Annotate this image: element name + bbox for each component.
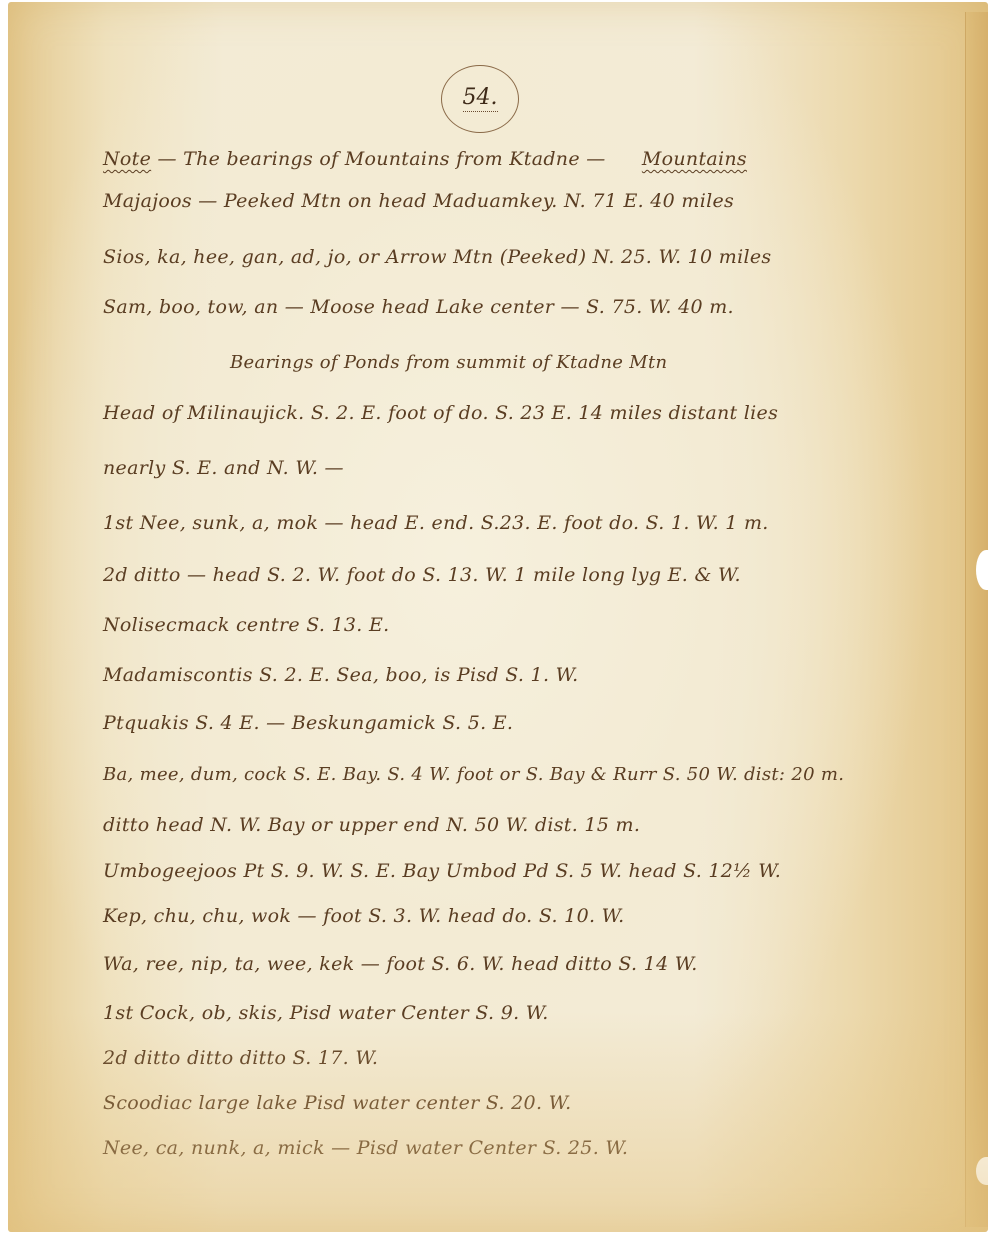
page-tear: [976, 1157, 996, 1185]
page-binding-edge: [965, 12, 988, 1227]
note-dash: —: [158, 148, 177, 170]
pond-entry: Scoodiac large lake Pisd water center S.…: [103, 1092, 571, 1114]
pond-entry: nearly S. E. and N. W. —: [103, 457, 344, 479]
pond-entry: Nee, ca, nunk, a, mick — Pisd water Cent…: [103, 1137, 628, 1159]
page-tear: [976, 550, 996, 590]
note-label: Note: [103, 148, 151, 170]
pond-entry: ditto head N. W. Bay or upper end N. 50 …: [103, 814, 640, 836]
page-number: 54.: [463, 86, 498, 111]
note-text: The bearings of Mountains from Ktadne —: [183, 148, 605, 170]
pond-entry: 1st Cock, ob, skis, Pisd water Center S.…: [103, 1002, 549, 1024]
mountain-entry: Majajoos — Peeked Mtn on head Maduamkey.…: [103, 190, 734, 212]
pond-entry: 1st Nee, sunk, a, mok — head E. end. S.2…: [103, 512, 769, 534]
manuscript-page: 54. Note — The bearings of Mountains fro…: [8, 2, 988, 1232]
pond-entry: Ptquakis S. 4 E. — Beskungamick S. 5. E.: [103, 712, 513, 734]
pond-entry: 2d ditto ditto ditto S. 17. W.: [103, 1047, 378, 1069]
pond-entry: 2d ditto — head S. 2. W. foot do S. 13. …: [103, 564, 741, 586]
note-line: Note — The bearings of Mountains from Kt…: [103, 148, 747, 170]
pond-entry: Kep, chu, chu, wok — foot S. 3. W. head …: [103, 905, 625, 927]
pond-entry: Ba, mee, dum, cock S. E. Bay. S. 4 W. fo…: [103, 764, 844, 785]
mountain-entry: Sios, ka, hee, gan, ad, jo, or Arrow Mtn…: [103, 246, 771, 268]
pond-entry: Wa, ree, nip, ta, wee, kek — foot S. 6. …: [103, 953, 698, 975]
pond-entry: Umbogeejoos Pt S. 9. W. S. E. Bay Umbod …: [103, 860, 781, 882]
page-number-circle: 54.: [441, 65, 519, 133]
pond-entry: Head of Milinaujick. S. 2. E. foot of do…: [103, 402, 778, 424]
ponds-heading: Bearings of Ponds from summit of Ktadne …: [230, 352, 667, 373]
mountains-column-label: Mountains: [642, 148, 747, 170]
pond-entry: Madamiscontis S. 2. E. Sea, boo, is Pisd…: [103, 664, 578, 686]
pond-entry: Nolisecmack centre S. 13. E.: [103, 614, 390, 636]
mountain-entry: Sam, boo, tow, an — Moose head Lake cent…: [103, 296, 734, 318]
